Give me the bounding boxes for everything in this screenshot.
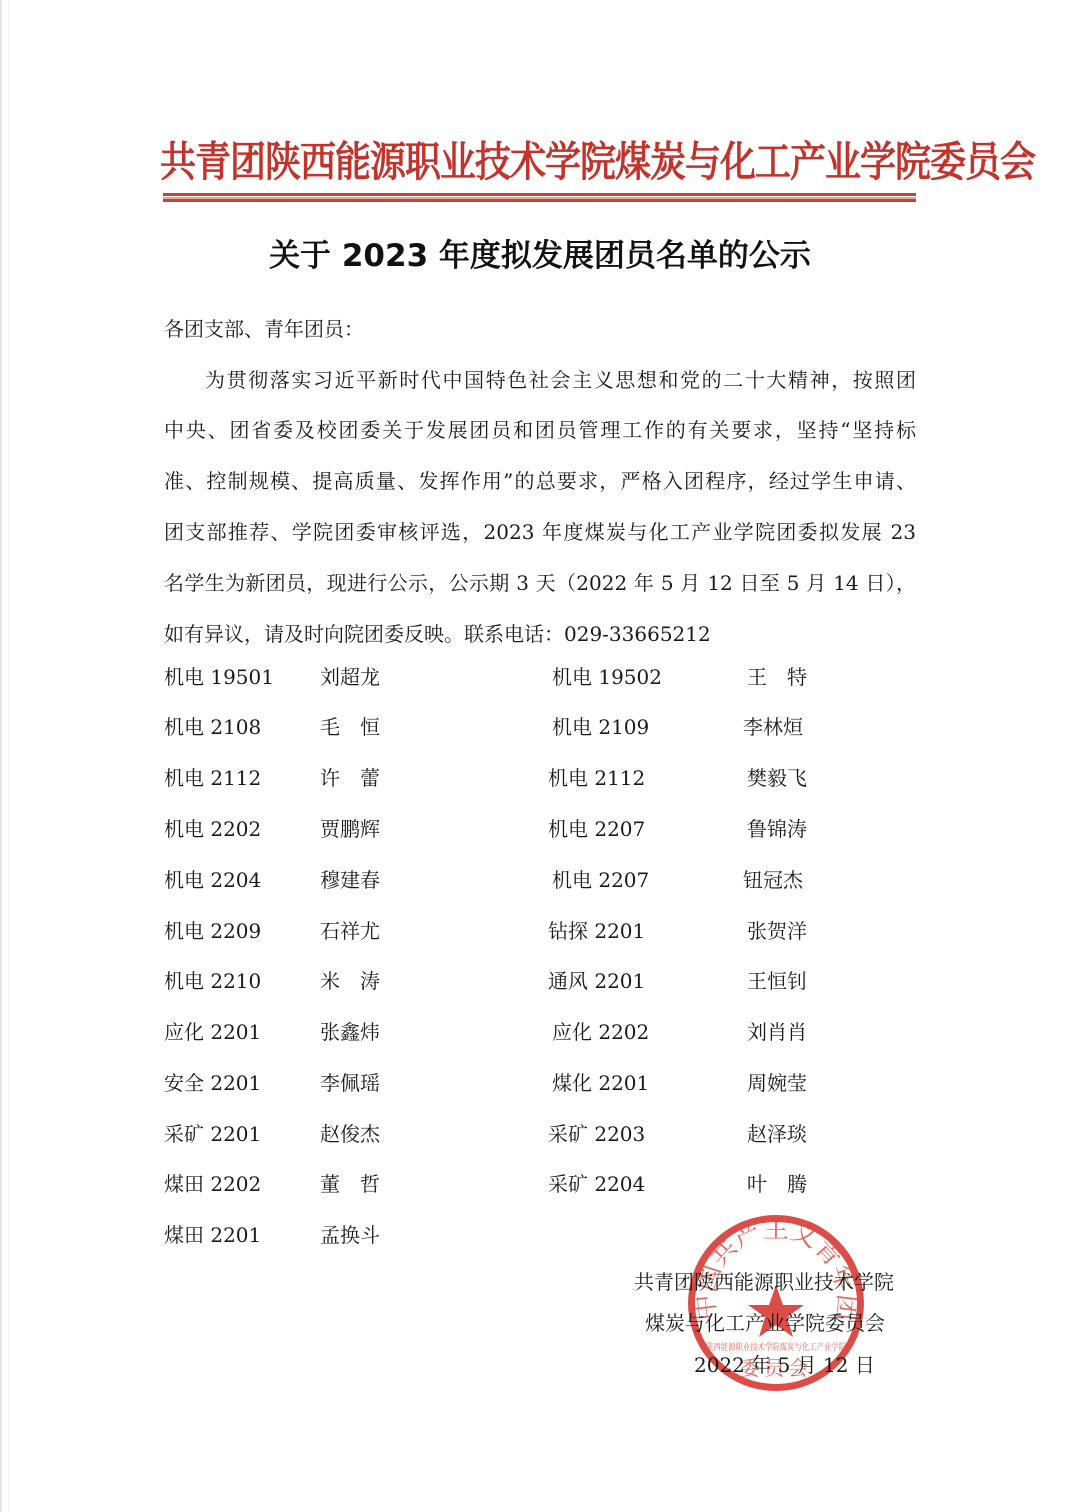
class-name: 应化 2201 — [164, 1016, 261, 1045]
class-name: 机电 2209 — [164, 915, 261, 944]
class-name: 应化 2202 — [552, 1016, 649, 1045]
student-name: 刘超龙 — [320, 661, 380, 690]
class-name: 机电 19501 — [164, 661, 274, 690]
student-name: 石祥尤 — [320, 915, 380, 944]
class-name: 通风 2201 — [548, 965, 645, 994]
class-name: 机电 2108 — [164, 711, 261, 740]
header-rule-bottom — [163, 199, 916, 202]
class-name: 机电 2112 — [164, 762, 261, 791]
body-paragraph-line: 为贯彻落实习近平新时代中国特色社会主义思想和党的二十大精神，按照团 — [205, 364, 916, 393]
class-name: 机电 2109 — [552, 711, 649, 740]
class-name: 机电 2112 — [548, 762, 645, 791]
student-name: 樊毅飞 — [747, 762, 807, 791]
student-name: 毛 恒 — [320, 711, 380, 740]
student-name: 王 特 — [747, 661, 807, 690]
organization-header: 共青团陕西能源职业技术学院煤炭与化工产业学院委员会 — [160, 130, 920, 189]
student-name: 李佩瑶 — [320, 1067, 380, 1096]
class-name: 钻探 2201 — [548, 915, 645, 944]
class-name: 煤田 2202 — [164, 1168, 261, 1197]
student-name: 周婉莹 — [747, 1067, 807, 1096]
class-name: 采矿 2203 — [548, 1118, 645, 1147]
class-name: 机电 2207 — [548, 813, 645, 842]
roster-row: 煤田 2201 孟换斗 — [0, 1219, 1080, 1249]
student-name: 张贺洋 — [747, 915, 807, 944]
student-name: 孟换斗 — [320, 1219, 380, 1248]
roster-row: 机电 2210 米 涛 通风 2201 王恒钊 — [0, 965, 1080, 995]
class-name: 采矿 2201 — [164, 1118, 261, 1147]
roster-row: 煤田 2202 董 哲 采矿 2204 叶 腾 — [0, 1168, 1080, 1198]
class-name: 煤田 2201 — [164, 1219, 261, 1248]
signature-date: 2022 年 5 月 12 日 — [694, 1349, 875, 1378]
student-name: 许 蕾 — [320, 762, 380, 791]
body-paragraph-line: 团支部推荐、学院团委审核评选，2023 年度煤炭与化工产业学院团委拟发展 23 — [164, 516, 916, 545]
roster-row: 机电 2204 穆建春 机电 2207 钮冠杰 — [0, 864, 1080, 894]
student-name: 李林烜 — [743, 711, 803, 740]
student-name: 米 涛 — [320, 965, 380, 994]
roster-row: 应化 2201 张鑫炜 应化 2202 刘肖肖 — [0, 1016, 1080, 1046]
student-name: 董 哲 — [320, 1168, 380, 1197]
document-title: 关于 2023 年度拟发展团员名单的公示 — [160, 230, 920, 275]
class-name: 机电 19502 — [552, 661, 662, 690]
roster-row: 机电 2202 贾鹏辉 机电 2207 鲁锦涛 — [0, 813, 1080, 843]
class-name: 机电 2207 — [552, 864, 649, 893]
student-name: 赵泽琰 — [747, 1118, 807, 1147]
page-edge — [0, 0, 2, 1512]
body-paragraph-line: 名学生为新团员，现进行公示，公示期 3 天（2022 年 5 月 12 日至 5… — [164, 567, 916, 596]
student-name: 张鑫炜 — [320, 1016, 380, 1045]
student-name: 赵俊杰 — [320, 1118, 380, 1147]
student-name: 王恒钊 — [747, 965, 807, 994]
class-name: 机电 2204 — [164, 864, 261, 893]
page-edge-line — [8, 0, 9, 1512]
salutation: 各团支部、青年团员： — [164, 313, 364, 342]
signature-organization-line2: 煤炭与化工产业学院委员会 — [645, 1307, 885, 1336]
roster-row: 安全 2201 李佩瑶 煤化 2201 周婉莹 — [0, 1067, 1080, 1097]
class-name: 采矿 2204 — [548, 1168, 645, 1197]
class-name: 煤化 2201 — [552, 1067, 649, 1096]
student-name: 鲁锦涛 — [747, 813, 807, 842]
roster-row: 机电 2112 许 蕾 机电 2112 樊毅飞 — [0, 762, 1080, 792]
body-paragraph-line: 中央、团省委及校团委关于发展团员和团员管理工作的有关要求，坚持“坚持标 — [164, 414, 916, 443]
student-name: 贾鹏辉 — [320, 813, 380, 842]
roster-row: 采矿 2201 赵俊杰 采矿 2203 赵泽琰 — [0, 1118, 1080, 1148]
class-name: 机电 2202 — [164, 813, 261, 842]
body-paragraph-line: 准、控制规模、提高质量、发挥作用”的总要求，严格入团程序，经过学生申请、 — [164, 465, 916, 494]
student-name: 钮冠杰 — [743, 864, 803, 893]
roster-row: 机电 19501 刘超龙 机电 19502 王 特 — [0, 661, 1080, 691]
student-name: 刘肖肖 — [747, 1016, 807, 1045]
student-name: 叶 腾 — [747, 1168, 807, 1197]
class-name: 机电 2210 — [164, 965, 261, 994]
class-name: 安全 2201 — [164, 1067, 261, 1096]
header-rule-top — [163, 193, 916, 196]
body-paragraph-line-last: 如有异议，请及时向院团委反映。联系电话：029-33665212 — [164, 618, 916, 647]
signature-organization-line1: 共青团陕西能源职业技术学院 — [634, 1266, 894, 1295]
roster-row: 机电 2209 石祥尤 钻探 2201 张贺洋 — [0, 915, 1080, 945]
roster-row: 机电 2108 毛 恒 机电 2109 李林烜 — [0, 711, 1080, 741]
student-name: 穆建春 — [320, 864, 380, 893]
